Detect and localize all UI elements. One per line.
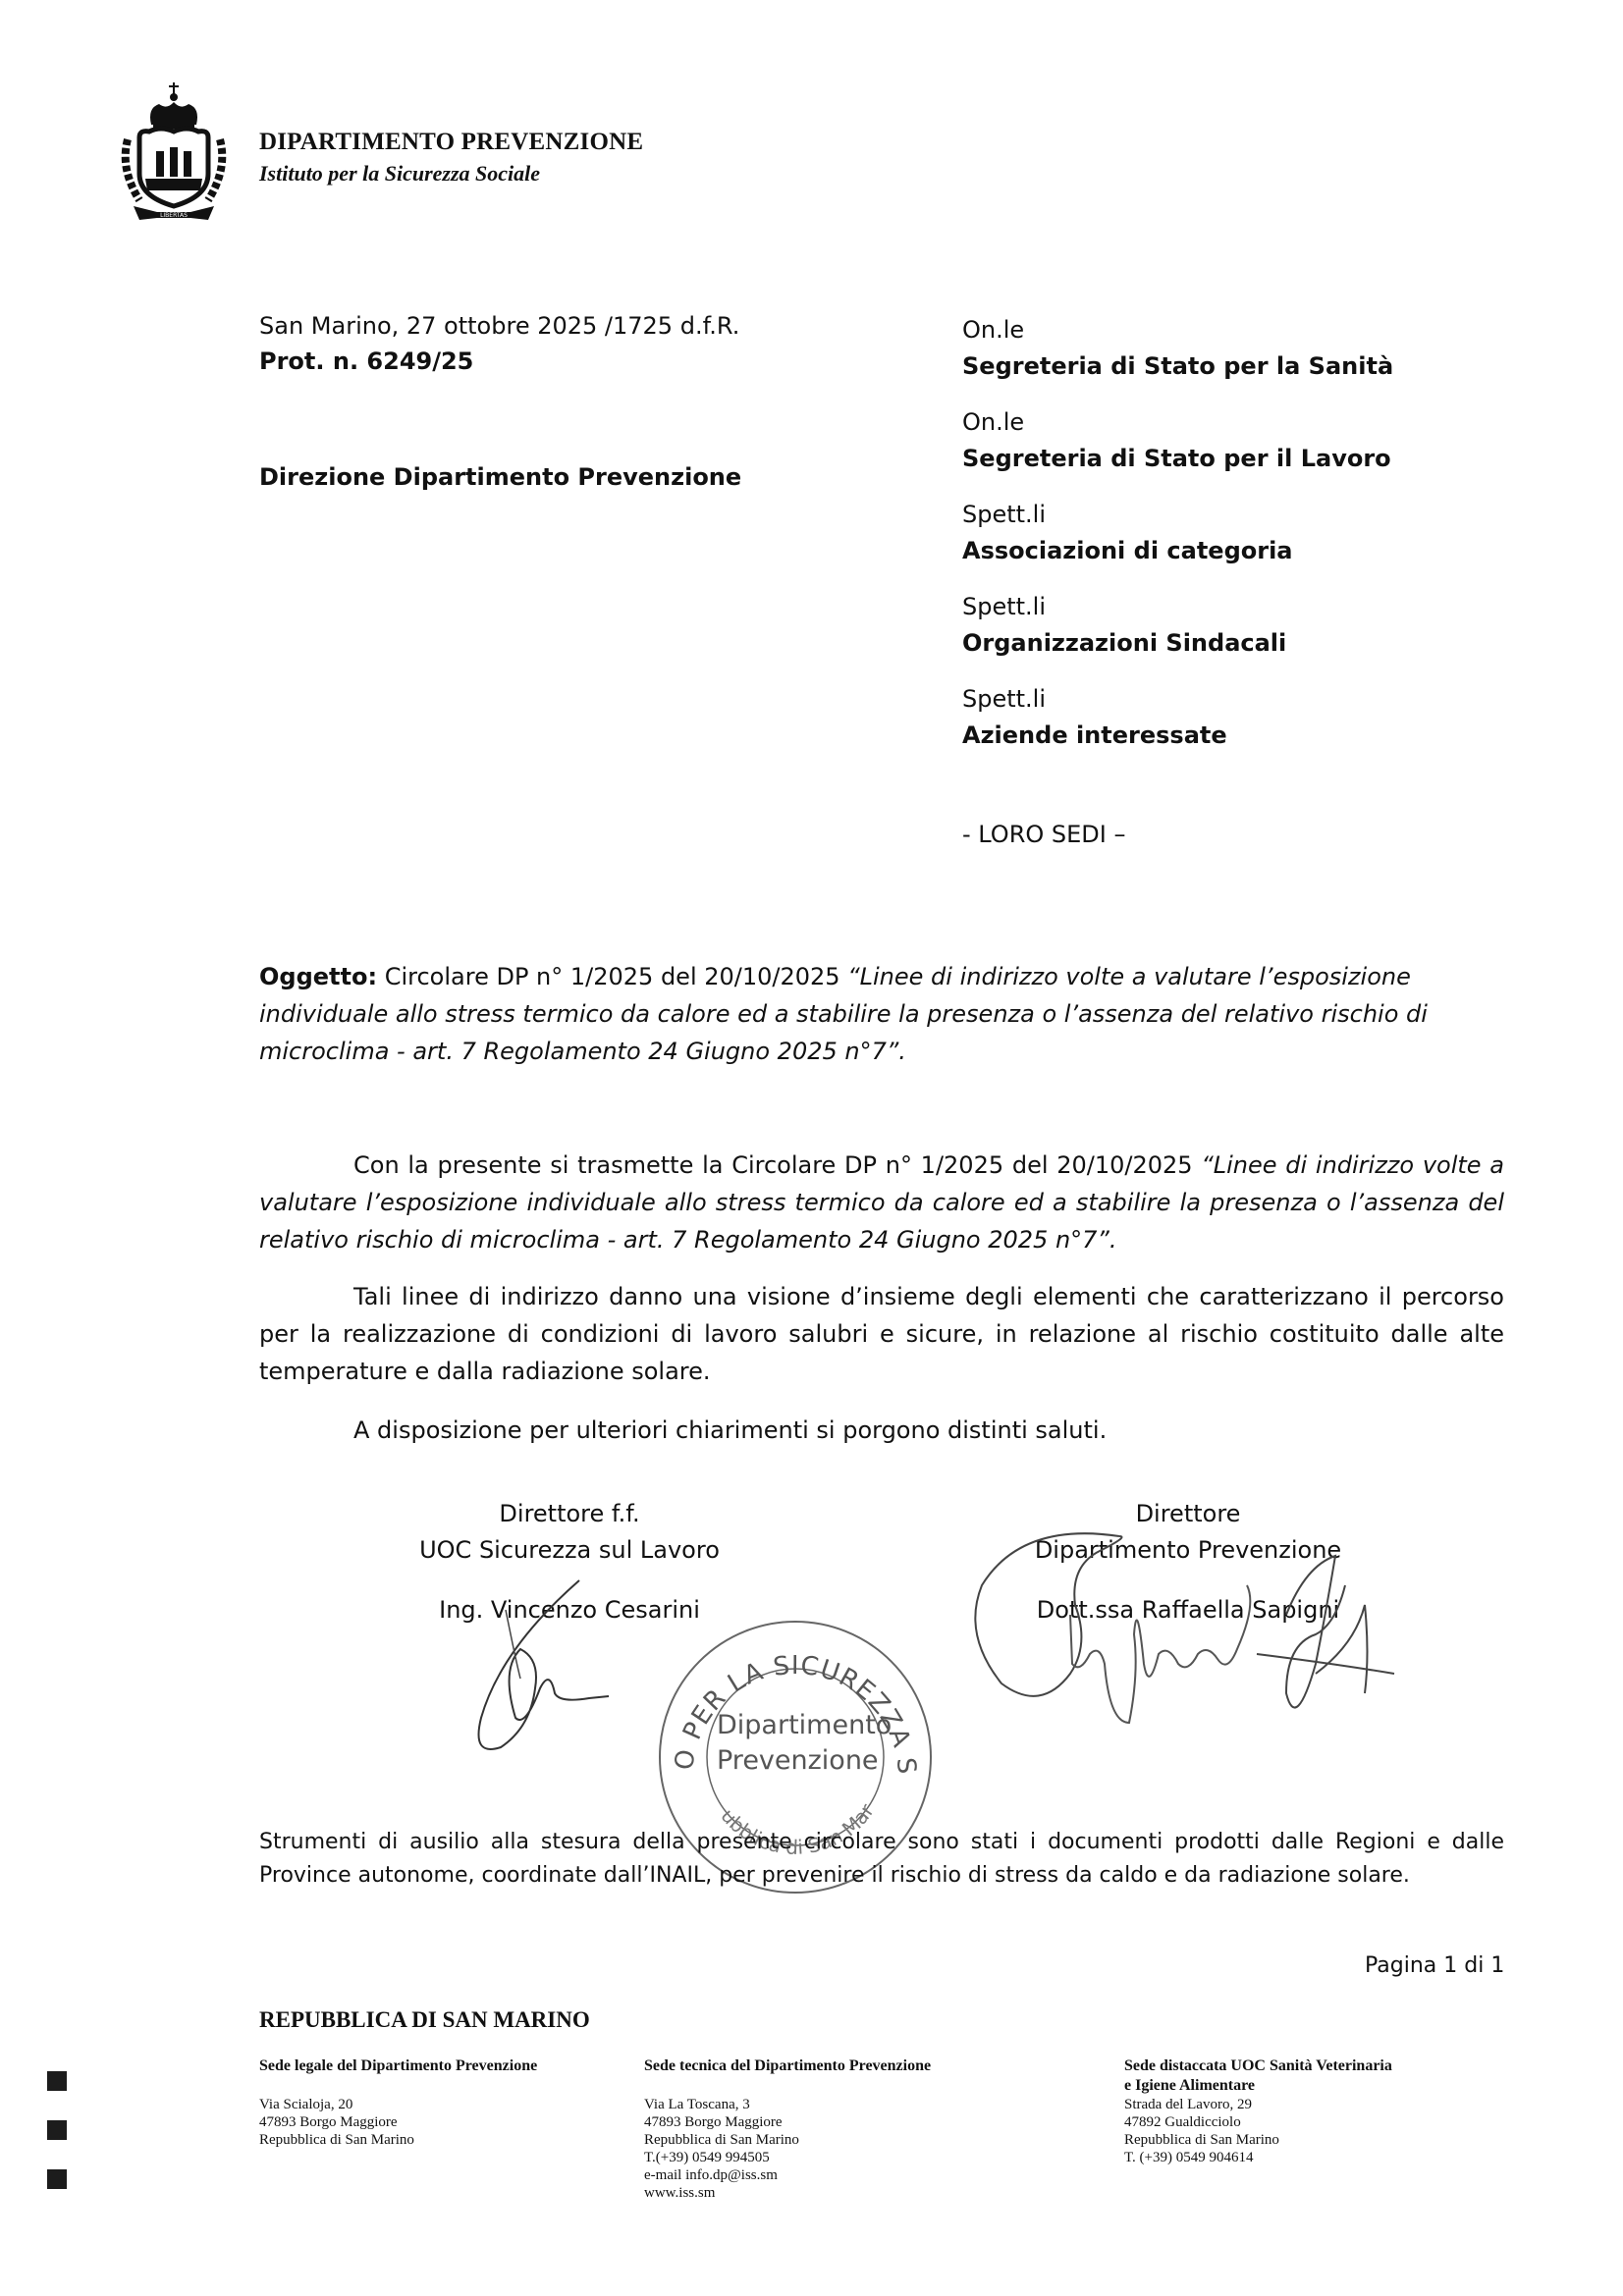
recipient-name: Segreteria di Stato per la Sanità — [962, 348, 1393, 385]
footer-heading: Sede legale del Dipartimento Prevenzione — [259, 2056, 613, 2076]
handwritten-signature-icon — [461, 1571, 638, 1767]
footer-heading: Sede tecnica del Dipartimento Prevenzion… — [644, 2056, 998, 2076]
footer-website: www.iss.sm — [644, 2184, 998, 2202]
footer-heading: Sede distaccata UOC Sanità Veterinaria — [1124, 2056, 1497, 2076]
footer-heading: e Igiene Alimentare — [1124, 2076, 1497, 2096]
place-date: San Marino, 27 ottobre 2025 /1725 d.f.R. — [259, 312, 739, 340]
recipient-title: Spett.li — [962, 589, 1393, 625]
recipient-title: On.le — [962, 404, 1393, 441]
loro-sedi: - LORO SEDI – — [962, 821, 1125, 848]
recipient-title: Spett.li — [962, 497, 1393, 533]
scan-marker — [47, 2169, 67, 2189]
recipient-name: Associazioni di categoria — [962, 533, 1393, 569]
recipient-title: Spett.li — [962, 681, 1393, 718]
recipient-name: Aziende interessate — [962, 718, 1393, 754]
stamp-center-text: Dipartimento Prevenzione — [717, 1708, 874, 1779]
recipient-name: Segreteria di Stato per il Lavoro — [962, 441, 1393, 477]
recipient-name: Organizzazioni Sindacali — [962, 625, 1393, 662]
scan-marker — [47, 2120, 67, 2140]
signer-unit: UOC Sicurezza sul Lavoro — [383, 1532, 756, 1569]
recipient: Spett.li Associazioni di categoria — [962, 497, 1393, 569]
footer-email: e-mail info.dp@iss.sm — [644, 2166, 998, 2184]
scan-marker — [47, 2071, 67, 2091]
recipient: Spett.li Organizzazioni Sindacali — [962, 589, 1393, 662]
recipients-list: On.le Segreteria di Stato per la Sanità … — [962, 312, 1393, 774]
body-paragraph: Tali linee di indirizzo danno una vision… — [259, 1278, 1504, 1390]
recipient: On.le Segreteria di Stato per il Lavoro — [962, 404, 1393, 477]
recipient: Spett.li Aziende interessate — [962, 681, 1393, 754]
san-marino-coat-of-arms-icon: LIBERTAS — [110, 80, 238, 228]
footer-address-technical: Sede tecnica del Dipartimento Prevenzion… — [644, 2056, 998, 2202]
sources-note: Strumenti di ausilio alla stesura della … — [259, 1826, 1504, 1893]
recipient: On.le Segreteria di Stato per la Sanità — [962, 312, 1393, 385]
body-paragraph: Con la presente si trasmette la Circolar… — [259, 1147, 1504, 1258]
signer-role: Direttore f.f. — [383, 1496, 756, 1532]
subject-line: Oggetto: Circolare DP n° 1/2025 del 20/1… — [259, 958, 1482, 1070]
subject-text: Circolare DP n° 1/2025 del 20/10/2025 — [377, 963, 847, 990]
handwritten-signature-icon — [962, 1526, 1424, 1752]
footer-address-branch: Sede distaccata UOC Sanità Veterinaria e… — [1124, 2056, 1497, 2166]
page-number: Pagina 1 di 1 — [1365, 1953, 1504, 1978]
department-title: DIPARTIMENTO PREVENZIONE — [259, 129, 643, 156]
footer-title: REPUBBLICA DI SAN MARINO — [259, 2007, 590, 2033]
sender-office: Direzione Dipartimento Prevenzione — [259, 463, 741, 491]
svg-text:LIBERTAS: LIBERTAS — [160, 212, 188, 219]
institute-subtitle: Istituto per la Sicurezza Sociale — [259, 161, 540, 187]
footer-address-legal: Sede legale del Dipartimento Prevenzione… — [259, 2056, 613, 2149]
closing-paragraph: A disposizione per ulteriori chiarimenti… — [259, 1412, 1504, 1449]
recipient-title: On.le — [962, 312, 1393, 348]
protocol-number: Prot. n. 6249/25 — [259, 347, 473, 375]
subject-label: Oggetto: — [259, 963, 377, 990]
